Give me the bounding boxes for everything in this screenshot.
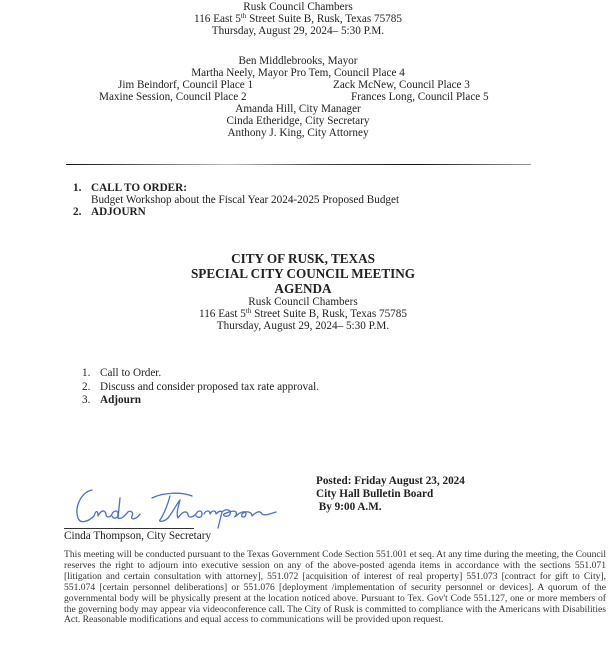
city-title: CITY OF RUSK, TEXAS (0, 251, 609, 266)
handwritten-signature-icon (64, 484, 294, 530)
council-place-5: Frances Long, Council Place 5 (351, 91, 489, 103)
signature-image (64, 484, 294, 530)
agenda-item: 1. CALL TO ORDER: (73, 182, 399, 194)
council-place-2: Maxine Session, Council Place 2 (99, 91, 247, 103)
city-secretary: Cinda Etheridge, City Secretary (0, 115, 604, 127)
meeting-datetime: Thursday, August 29, 2024– 5:30 P.M. (0, 25, 604, 37)
agenda-document: Rusk Council Chambers 116 East 5th Stree… (0, 0, 612, 650)
secretary-name: Cinda Thompson, City Secretary (64, 530, 211, 542)
meeting-datetime: Thursday, August 29, 2024– 5:30 P.M. (0, 320, 609, 332)
meeting-type-title: SPECIAL CITY COUNCIL MEETING (0, 266, 609, 281)
agenda-item: 2. ADJOURN (73, 206, 399, 218)
posting-info: Posted: Friday August 23, 2024 City Hall… (316, 475, 465, 514)
mayor-pro-tem: Martha Neely, Mayor Pro Tem, Council Pla… (0, 67, 604, 79)
agenda-title: AGENDA (0, 281, 609, 296)
city-manager: Amanda Hill, City Manager (0, 103, 604, 115)
agenda-item-description: Budget Workshop about the Fiscal Year 20… (73, 194, 399, 206)
staff-roster: Amanda Hill, City Manager Cinda Etheridg… (0, 103, 604, 139)
city-attorney: Anthony J. King, City Attorney (0, 127, 604, 139)
council-place-3: Zack McNew, Council Place 3 (333, 79, 470, 91)
location: Rusk Council Chambers (0, 296, 609, 308)
special-meeting-header: Rusk Council Chambers 116 East 5th Stree… (0, 296, 609, 332)
special-meeting-title: CITY OF RUSK, TEXAS SPECIAL CITY COUNCIL… (0, 251, 609, 296)
posted-time: By 9:00 A.M. (316, 501, 465, 514)
workshop-agenda: 1. CALL TO ORDER: Budget Workshop about … (73, 182, 399, 218)
posted-date: Posted: Friday August 23, 2024 (316, 475, 465, 488)
divider (66, 164, 531, 165)
council-place-1: Jim Beindorf, Council Place 1 (118, 79, 253, 91)
workshop-header: Rusk Council Chambers 116 East 5th Stree… (0, 1, 604, 37)
address: 116 East 5th Street Suite B, Rusk, Texas… (0, 13, 604, 25)
posted-location: City Hall Bulletin Board (316, 488, 465, 501)
location: Rusk Council Chambers (0, 1, 604, 13)
council-roster: Ben Middlebrooks, Mayor Martha Neely, Ma… (0, 55, 604, 79)
signature-line (64, 528, 194, 529)
address: 116 East 5th Street Suite B, Rusk, Texas… (0, 308, 609, 320)
legal-notice: This meeting will be conducted pursuant … (64, 550, 606, 626)
mayor: Ben Middlebrooks, Mayor (0, 55, 604, 67)
